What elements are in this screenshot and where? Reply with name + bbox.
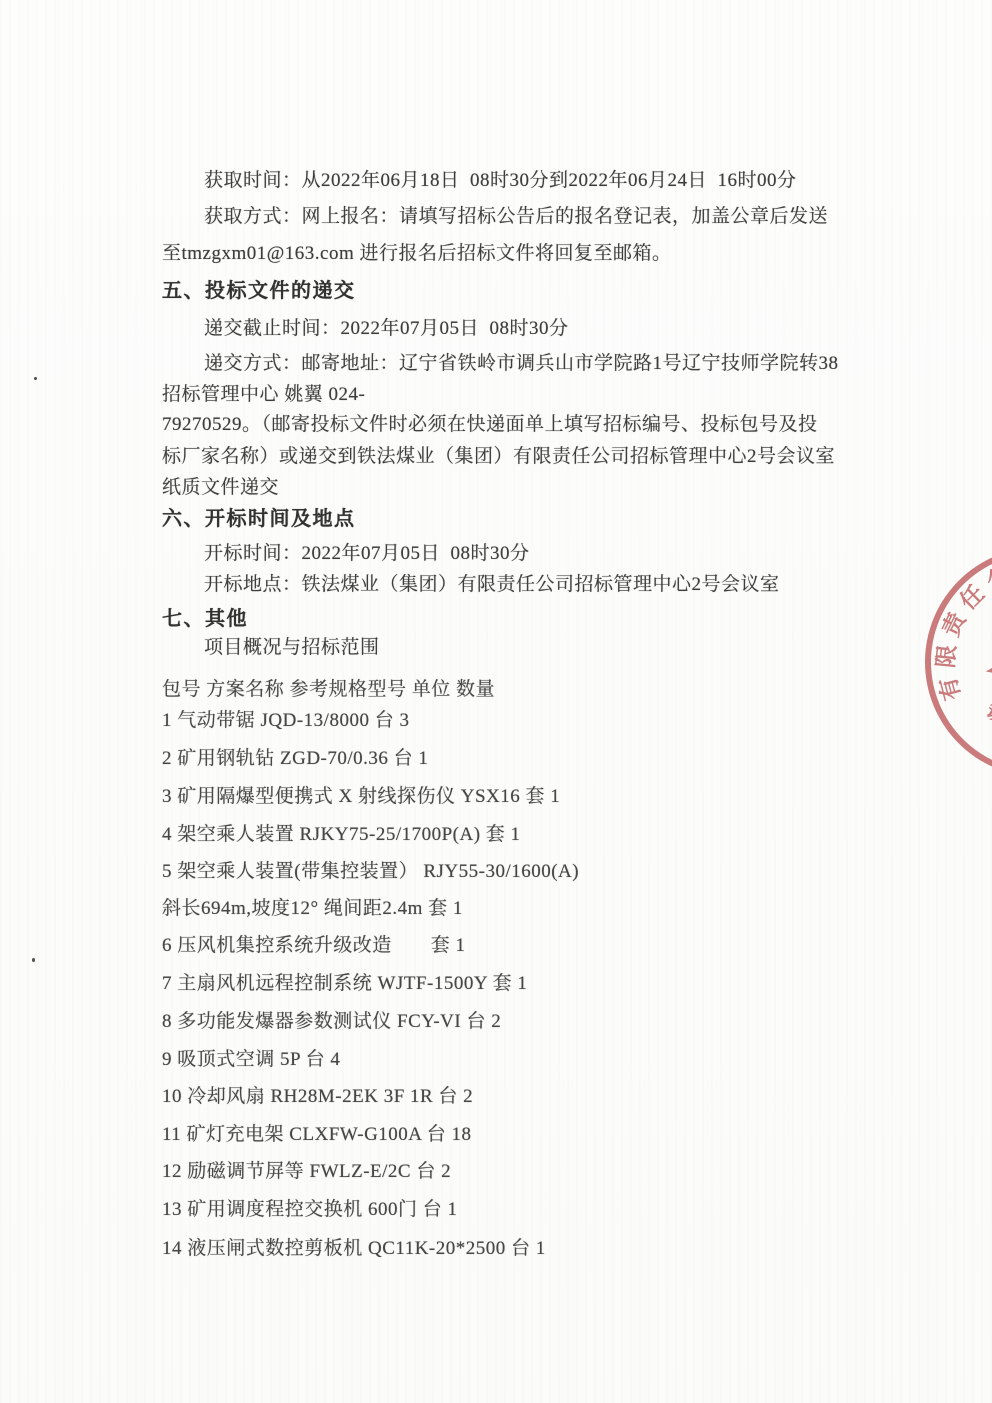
list-item-4: 4 架空乘人装置 RJKY75-25/1700P(A) 套 1 xyxy=(162,822,862,848)
paragraph-project-scope: 项目概况与招标范围 xyxy=(204,635,904,661)
list-item-2: 2 矿用钢轨钻 ZGD-70/0.36 台 1 xyxy=(162,746,862,772)
list-item-6: 6 压风机集控系统升级改造 套 1 xyxy=(162,933,862,959)
paragraph-paper-submit: 纸质文件递交 xyxy=(162,475,862,501)
list-item-14: 14 液压闸式数控剪板机 QC11K-20*2500 台 1 xyxy=(162,1236,862,1262)
list-item-5: 5 架空乘人装置(带集控装置） RJY55-30/1600(A) xyxy=(162,859,862,885)
list-item-3: 3 矿用隔爆型便携式 X 射线探伤仪 YSX16 套 1 xyxy=(162,784,862,810)
list-item-13: 13 矿用调度程控交换机 600门 台 1 xyxy=(162,1197,862,1223)
paragraph-open-time: 开标时间：2022年07月05日 08时30分 xyxy=(204,541,904,567)
list-item-12: 12 励磁调节屏等 FWLZ-E/2C 台 2 xyxy=(162,1159,862,1185)
svg-text:有限责任公: 有限责任公 xyxy=(895,557,992,708)
list-item-10: 10 冷却风扇 RH28M-2EK 3F 1R 台 2 xyxy=(162,1084,862,1110)
paragraph-phone-note: 79270529。（邮寄投标文件时必须在快递面单上填写招标编号、投标包号及投 xyxy=(162,412,862,438)
paragraph-obtain-method: 获取方式：网上报名：请填写招标公告后的报名登记表，加盖公章后发送 xyxy=(204,204,904,230)
list-item-7: 7 主扇风机远程控制系统 WJTF-1500Y 套 1 xyxy=(162,971,862,997)
paragraph-vendor-note: 标厂家名称）或递交到铁法煤业（集团）有限责任公司招标管理中心2号会议室 xyxy=(162,444,862,470)
paragraph-email: 至tmzgxm01@163.com 进行报名后招标文件将回复至邮箱。 xyxy=(162,241,862,267)
list-item-11: 11 矿灯充电架 CLXFW-G100A 台 18 xyxy=(162,1122,862,1148)
items-table-header: 包号 方案名称 参考规格型号 单位 数量 xyxy=(162,677,862,703)
red-seal-stamp-icon: 有限责任公 铁法煤业 xyxy=(890,512,992,812)
list-item-5-detail: 斜长694m,坡度12° 绳间距2.4m 套 1 xyxy=(162,896,862,922)
heading-section-six: 六、开标时间及地点 xyxy=(162,506,862,532)
heading-section-seven: 七、其他 xyxy=(162,606,862,632)
list-item-9: 9 吸顶式空调 5P 台 4 xyxy=(162,1047,862,1073)
paragraph-deadline: 递交截止时间：2022年07月05日 08时30分 xyxy=(204,316,904,342)
scan-speck xyxy=(34,377,37,380)
list-item-8: 8 多功能发爆器参数测试仪 FCY-VI 台 2 xyxy=(162,1009,862,1035)
heading-section-five: 五、投标文件的递交 xyxy=(162,278,862,304)
list-item-1: 1 气动带锯 JQD-13/8000 台 3 xyxy=(162,708,862,734)
scan-speck xyxy=(32,958,35,962)
paragraph-delivery-contact: 招标管理中心 姚翼 024- xyxy=(162,382,862,408)
paragraph-open-place: 开标地点：铁法煤业（集团）有限责任公司招标管理中心2号会议室 xyxy=(204,572,904,598)
paragraph-delivery-method: 递交方式：邮寄地址：辽宁省铁岭市调兵山市学院路1号辽宁技师学院转38 xyxy=(204,351,904,377)
paragraph-obtain-time: 获取时间：从2022年06月18日 08时30分到2022年06月24日 16时… xyxy=(204,168,904,194)
seal-text-top: 有限责任公 xyxy=(895,557,992,708)
document-page: 获取时间：从2022年06月18日 08时30分到2022年06月24日 16时… xyxy=(0,0,992,1403)
